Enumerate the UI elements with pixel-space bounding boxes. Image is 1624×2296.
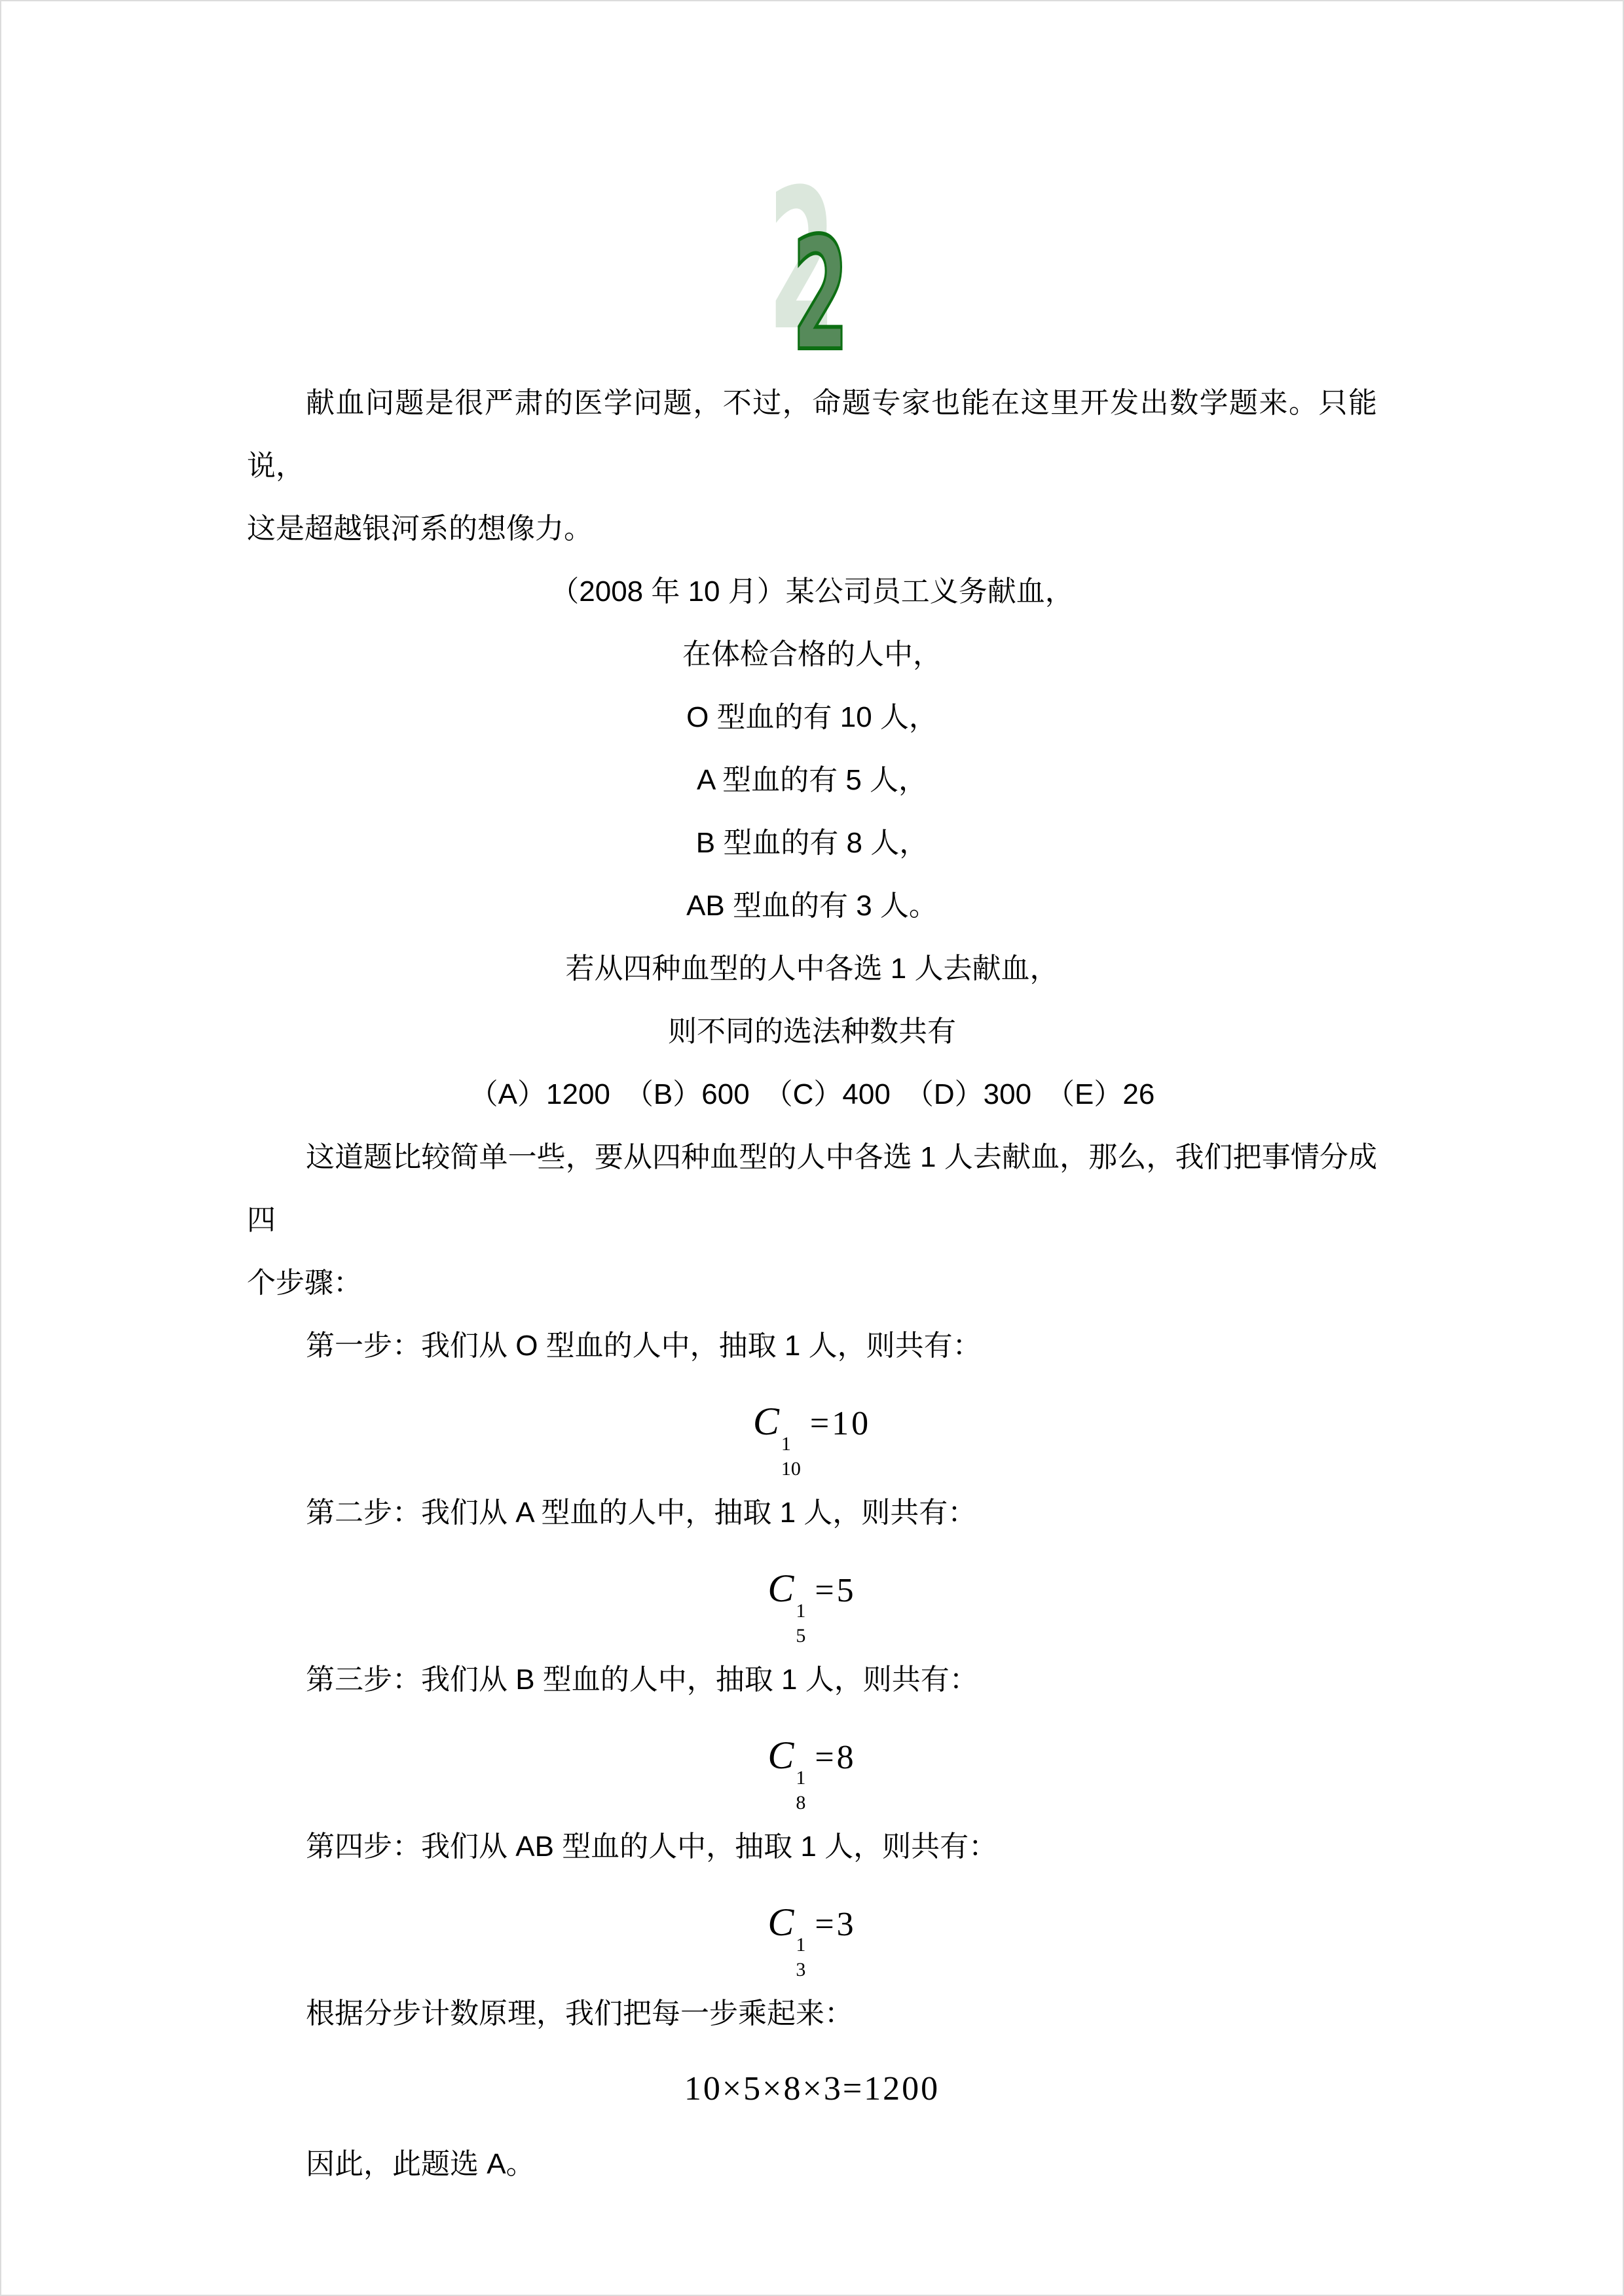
conclusion-lead: 根据分步计数原理，我们把每一步乘起来： <box>247 1982 1377 2045</box>
formula-result: =10 <box>810 1405 871 1442</box>
combination-symbol: C <box>767 1901 794 1944</box>
problem-line-type-a: A 型血的有 5 人， <box>247 749 1377 812</box>
combination-scripts: 13 <box>796 1933 805 1982</box>
superscript: 1 <box>781 1432 791 1457</box>
step-3-formula: C18=8 <box>247 1711 1377 1815</box>
step-3-text: 第三步：我们从 B 型血的人中，抽取 1 人，则共有： <box>247 1649 1377 1711</box>
step-4-text: 第四步：我们从 AB 型血的人中，抽取 1 人，则共有： <box>247 1815 1377 1878</box>
step-1-text: 第一步：我们从 O 型血的人中，抽取 1 人，则共有： <box>247 1315 1377 1377</box>
document-body: 献血问题是很严肃的医学问题，不过，命题专家也能在这里开发出数学题来。只能说， 这… <box>247 372 1377 2196</box>
product-formula: 10×5×8×3=1200 <box>247 2045 1377 2133</box>
problem-line-type-o: O 型血的有 10 人， <box>247 686 1377 749</box>
superscript: 1 <box>796 1599 805 1624</box>
problem-line-type-b: B 型血的有 8 人， <box>247 812 1377 875</box>
formula-result: =8 <box>815 1739 856 1776</box>
intro-line-2: 这是超越银河系的想像力。 <box>247 498 1377 560</box>
superscript: 1 <box>796 1933 805 1958</box>
answer-options: （A）1200 （B）600 （C）400 （D）300 （E）26 <box>247 1063 1377 1126</box>
step-1-formula: C110=10 <box>247 1377 1377 1482</box>
superscript: 1 <box>796 1766 805 1791</box>
step-2-text: 第二步：我们从 A 型血的人中，抽取 1 人，则共有： <box>247 1482 1377 1544</box>
subscript: 8 <box>796 1791 805 1815</box>
formula-result: =3 <box>815 1906 856 1943</box>
combination-symbol: C <box>753 1400 779 1443</box>
conclusion-final: 因此，此题选 A。 <box>247 2133 1377 2196</box>
subscript: 10 <box>781 1457 801 1482</box>
problem-line-question: 则不同的选法种数共有 <box>247 1000 1377 1063</box>
document-page: 2 2 献血问题是很严肃的医学问题，不过，命题专家也能在这里开发出数学题来。只能… <box>0 0 1624 2296</box>
combination-scripts: 18 <box>796 1766 805 1815</box>
step-2-formula: C15=5 <box>247 1544 1377 1649</box>
analysis-line-1: 这道题比较简单一些，要从四种血型的人中各选 1 人去献血，那么，我们把事情分成四 <box>247 1126 1377 1252</box>
combination-symbol: C <box>767 1567 794 1610</box>
subscript: 5 <box>796 1624 805 1649</box>
problem-line-date: （2008 年 10 月）某公司员工义务献血， <box>247 560 1377 623</box>
combination-symbol: C <box>767 1734 794 1777</box>
subscript: 3 <box>796 1958 805 1982</box>
analysis-line-2: 个步骤： <box>247 1252 1377 1315</box>
problem-line-type-ab: AB 型血的有 3 人。 <box>247 875 1377 938</box>
formula-result: =5 <box>815 1572 856 1609</box>
intro-line-1: 献血问题是很严肃的医学问题，不过，命题专家也能在这里开发出数学题来。只能说， <box>247 372 1377 498</box>
combination-scripts: 15 <box>796 1599 805 1649</box>
problem-line-select: 若从四种血型的人中各选 1 人去献血， <box>247 938 1377 1000</box>
step-4-formula: C13=3 <box>247 1878 1377 1982</box>
combination-scripts: 110 <box>781 1432 801 1482</box>
problem-line-qualified: 在体检合格的人中， <box>247 623 1377 686</box>
chapter-number: 2 <box>792 217 849 373</box>
